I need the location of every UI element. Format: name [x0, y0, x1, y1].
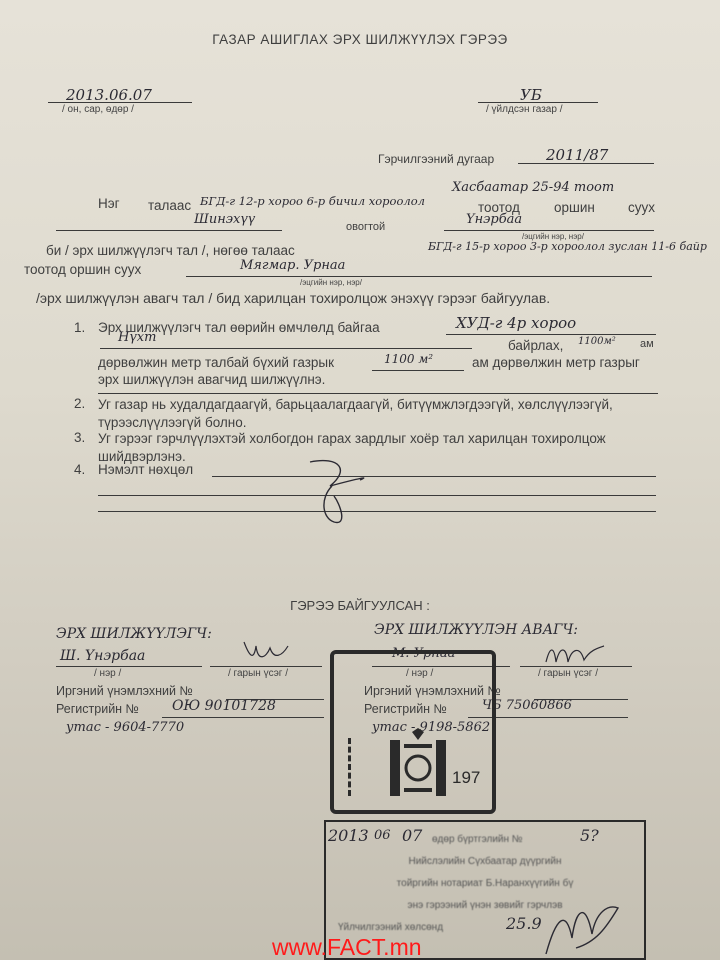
clause1-hand-a: ХУД-г 4р хороо [456, 314, 576, 332]
party1-address-hand: БГД-г 12-р хороо 6-р бичил хороолол [200, 194, 425, 208]
left-name-line [56, 666, 202, 667]
party1-prefix: Нэг [98, 196, 120, 211]
left-reg-value: ОЮ 90101728 [172, 698, 276, 714]
notary-year-hand: 2013 [328, 826, 369, 845]
clause4-num: 4. [74, 462, 85, 477]
clause1-text-d: дөрвөлжин метр талбай бүхий газрык [98, 355, 334, 370]
date-line [48, 102, 192, 103]
left-role-hand: ЭРХ ШИЛЖҮҮЛЭГЧ: [56, 626, 212, 642]
party1-orshin: оршин [554, 200, 595, 215]
clause1-hand-d: 1100 м² [384, 352, 433, 366]
stamp-vertical-script [348, 738, 359, 796]
left-id-label: Иргэний үнэмлэхний № [56, 684, 193, 698]
party1-side-label: талаас [148, 198, 191, 213]
cert-line [518, 163, 654, 164]
party2-address-hand: БГД-г 15-р хороо 3-р хороолол зуслан 11-… [428, 240, 707, 253]
right-sign-caption: / гарын үсэг / [538, 668, 598, 679]
place-line [478, 102, 598, 103]
clause1-text-c: ам [640, 338, 654, 350]
party1-name-line [444, 230, 654, 231]
z-strike-icon [300, 456, 390, 526]
party2-name-caption: /эцгийн нэр, нэр/ [300, 278, 362, 287]
party1-suukh: суух [628, 200, 655, 215]
party2-closing: /эрх шилжүүлэн авагч тал / бид харилцан … [36, 290, 550, 306]
left-phone-hand: утас - 9604-7770 [66, 720, 184, 735]
clause3-num: 3. [74, 430, 85, 445]
clause1-bottom-line [98, 393, 658, 394]
left-reg-label: Регистрийн № [56, 702, 139, 716]
clause1-text-f: эрх шилжүүлэн авагчид шилжүүлнэ. [98, 372, 325, 387]
notary-reg-value: 5? [580, 826, 599, 845]
official-stamp: 197 [330, 650, 496, 814]
notary-line2: Нийслэлийн Сүхбаатар дүүргийн [326, 856, 644, 867]
left-reg-line [162, 717, 324, 718]
left-signature-icon [236, 638, 296, 666]
cert-label: Гэрчилгээний дугаар [378, 152, 494, 166]
right-role-hand: ЭРХ ШИЛЖҮҮЛЭН АВАГЧ: [374, 622, 578, 638]
notary-month-hand: 06 [374, 828, 391, 843]
clause1-line-d [372, 370, 464, 371]
party1-ovogtoi: овогтой [346, 221, 385, 233]
notary-day-hand: 07 [402, 826, 422, 845]
clause2-text: Уг газар нь худалдагдаагүй, барьцаалагда… [98, 396, 664, 432]
party1-role-text: би / эрх шилжүүлэгч тал /, нөгөө талаас [46, 243, 295, 258]
left-sign-line [210, 666, 322, 667]
clause4-text: Нэмэлт нөхцөл [98, 462, 193, 477]
left-name-caption: / нэр / [94, 668, 121, 679]
watermark: www.FACT.mn [272, 934, 422, 960]
party2-name-line [186, 276, 652, 277]
left-sign-caption: / гарын үсэг / [228, 668, 288, 679]
notary-signature-icon [536, 898, 626, 958]
notary-reg-label: өдөр бүртгэлийн № [432, 834, 523, 845]
clause1-line-b [100, 348, 472, 349]
party1-surname-line [56, 230, 282, 231]
party2-name-hand: Мягмар. Урнаа [240, 258, 345, 273]
date-caption: / он, сар, өдөр / [62, 104, 134, 115]
cert-value: 2011/87 [546, 146, 608, 164]
party1-surname-hand: Шинэхүү [194, 212, 255, 227]
notary-line3: тойргийн нотариат Б.Наранхүүгийн бү [326, 878, 644, 889]
party1-address-hand2: Хасбаатар 25-94 тоот [452, 180, 614, 195]
notary-fee-label: Үйлчилгээний хөлсөнд [338, 922, 443, 933]
soyombo-emblem-icon [390, 728, 446, 802]
clause4-line1 [212, 476, 656, 477]
party2-address-label: тоотод оршин суух [24, 262, 141, 277]
stamp-number: 197 [452, 768, 480, 788]
clause1-line-a [446, 334, 656, 335]
place-caption: / үйлдсэн газар / [486, 104, 562, 115]
party1-name-hand: Үнэрбаа [466, 212, 522, 227]
clause2-num: 2. [74, 396, 85, 411]
right-sign-line [520, 666, 632, 667]
document-title: ГАЗАР АШИГЛАХ ЭРХ ШИЛЖҮҮЛЭХ ГЭРЭЭ [0, 32, 720, 47]
clause1-text-e: ам дөрвөлжин метр газрыг [472, 355, 640, 370]
clause1-hand-b: Нүхт [118, 330, 156, 345]
clause1-text-b: байрлах, [508, 338, 563, 353]
left-name-hand: Ш. Үнэрбаа [60, 648, 145, 664]
signatures-heading: ГЭРЭЭ БАЙГУУЛСАН : [0, 598, 720, 613]
clause1-hand-c: 1100м² [578, 336, 616, 347]
clause1-num: 1. [74, 320, 85, 335]
